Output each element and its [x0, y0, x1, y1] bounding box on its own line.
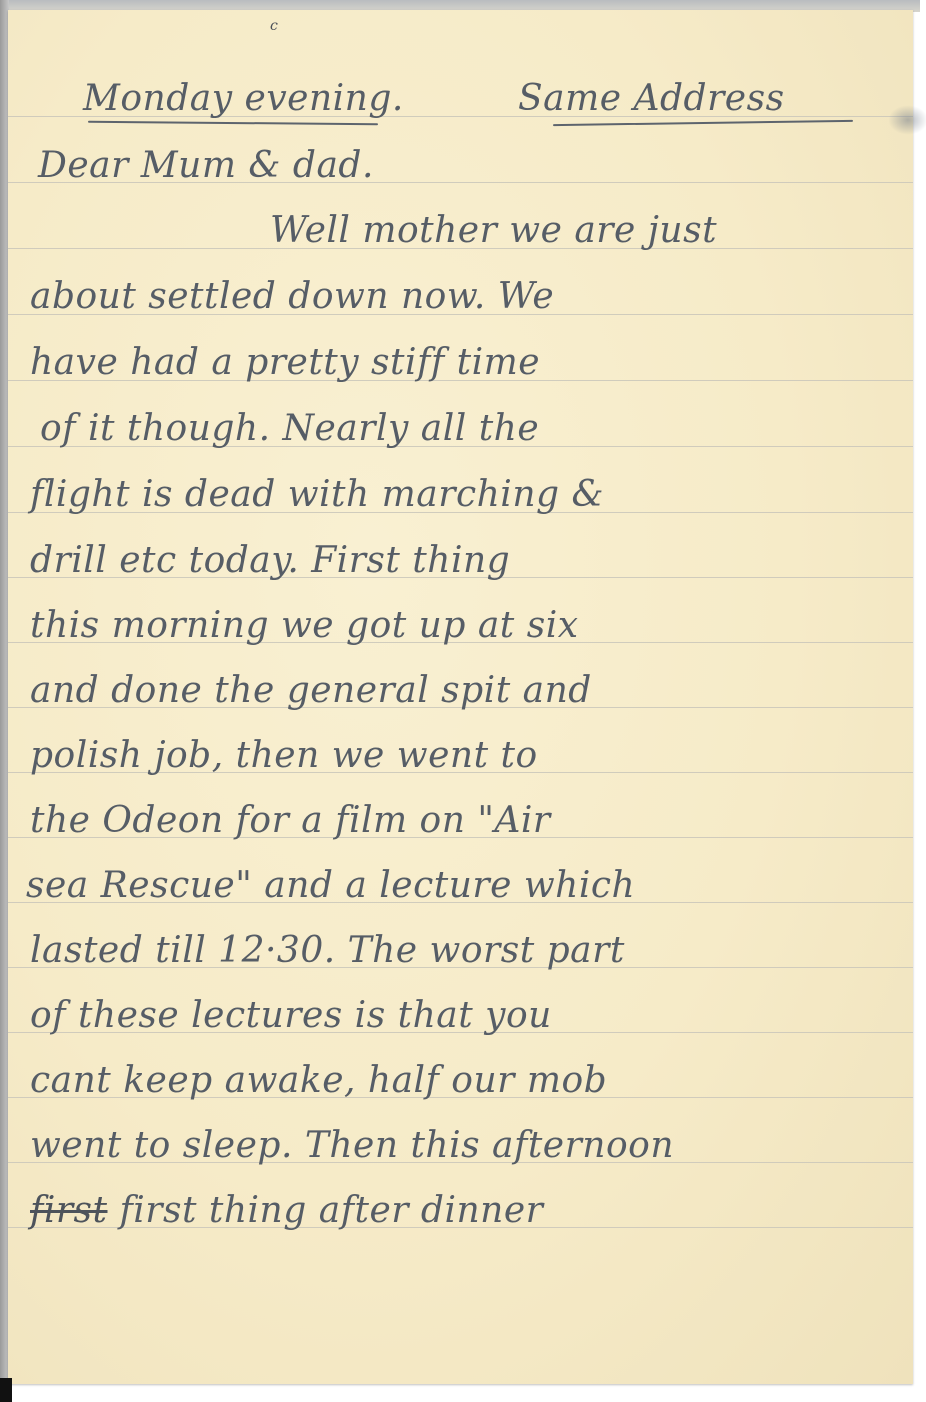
ink-smudge [888, 105, 926, 135]
struck-out-word: first [30, 1190, 108, 1231]
body-line: Well mother we are just [270, 210, 717, 251]
body-line: flight is dead with marching & [30, 474, 604, 515]
address-underline [553, 120, 853, 126]
address-line: Same Address [518, 78, 785, 119]
body-line: have had a pretty stiff time [30, 342, 540, 383]
body-line: about settled down now. We [30, 276, 554, 317]
final-line-text: first thing after dinner [119, 1190, 543, 1231]
body-line: sea Rescue" and a lecture which [26, 865, 635, 906]
body-line: drill etc today. First thing [30, 540, 510, 581]
salutation: Dear Mum & dad. [38, 145, 374, 186]
body-line: of it though. Nearly all the [40, 408, 539, 449]
date-underline [88, 121, 378, 126]
body-line: and done the general spit and [30, 670, 592, 711]
body-line: cant keep awake, half our mob [30, 1060, 607, 1101]
body-line: of these lectures is that you [30, 995, 552, 1036]
body-line: the Odeon for a film on "Air [30, 800, 551, 841]
margin-mark: c [270, 18, 278, 34]
scan-border-corner [0, 1378, 12, 1402]
body-line: lasted till 12·30. The worst part [30, 930, 625, 971]
final-line: first first thing after dinner [30, 1190, 543, 1231]
date-line: Monday evening. [83, 78, 404, 119]
body-line: went to sleep. Then this afternoon [30, 1125, 674, 1166]
letter-page: c Monday evening. Same Address Dear Mum … [8, 10, 913, 1384]
body-line: this morning we got up at six [30, 605, 579, 646]
body-line: polish job, then we went to [30, 735, 538, 776]
